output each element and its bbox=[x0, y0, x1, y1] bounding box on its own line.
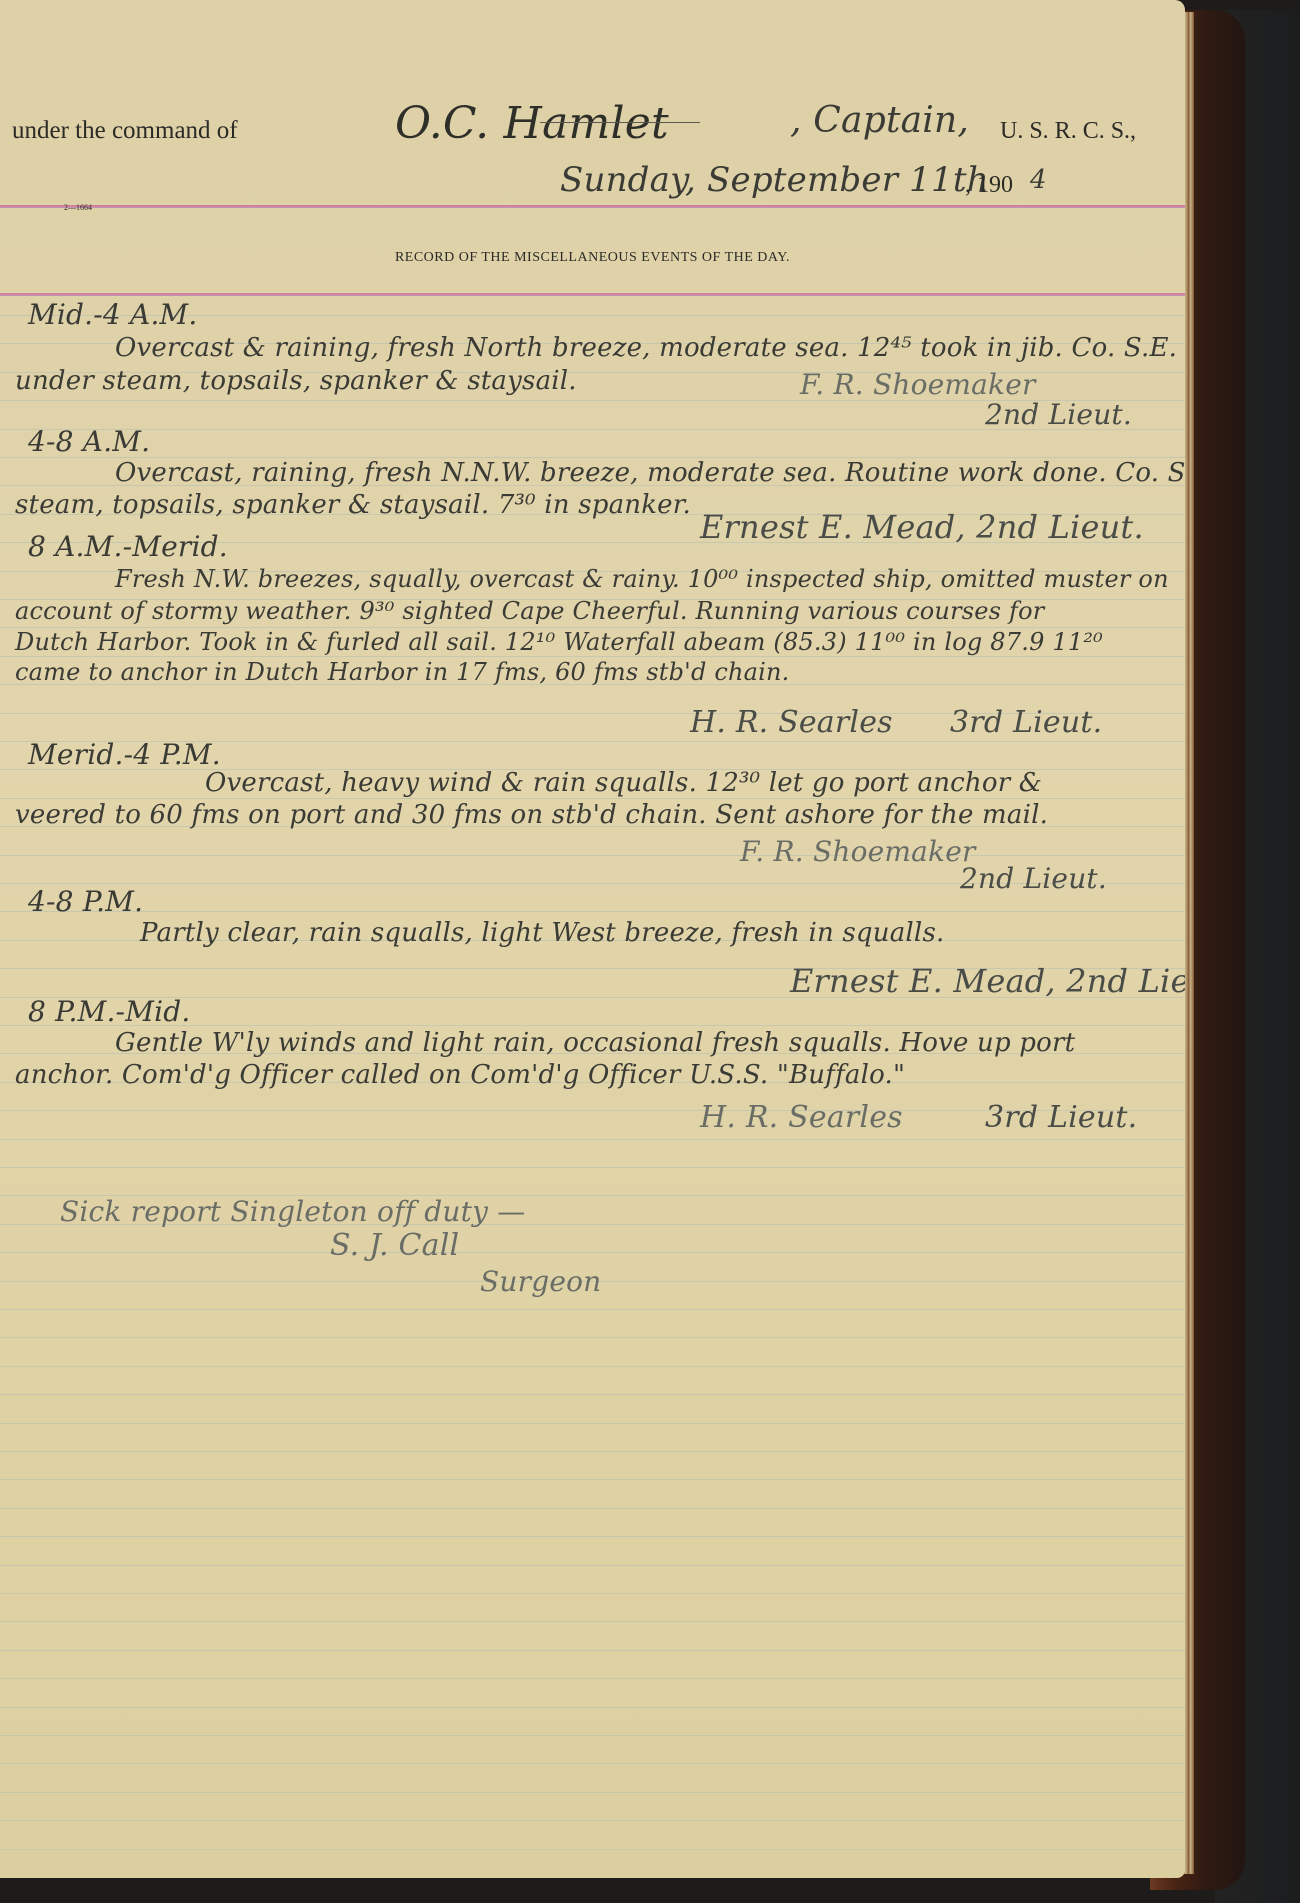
commander-name: O.C. Hamlet bbox=[395, 98, 669, 149]
date-year-written: 4 bbox=[1030, 165, 1047, 195]
record-title: RECORD OF THE MISCELLANEOUS EVENTS OF TH… bbox=[0, 250, 1185, 266]
watch-line: under steam, topsails, spanker & staysai… bbox=[15, 366, 577, 396]
ruled-line bbox=[0, 1707, 1185, 1708]
watch-signature: Ernest E. Mead, 2nd Lieut. bbox=[700, 508, 1144, 546]
watch-period: Merid.-4 P.M. bbox=[28, 738, 221, 771]
watch-line: steam, topsails, spanker & staysail. 7³⁰… bbox=[15, 490, 691, 520]
ruled-line bbox=[0, 1394, 1185, 1395]
ruled-line bbox=[0, 1565, 1185, 1566]
watch-line: anchor. Com'd'g Officer called on Com'd'… bbox=[15, 1060, 905, 1090]
watch-signature-rank: 3rd Lieut. bbox=[950, 705, 1102, 740]
name-underline bbox=[540, 122, 700, 123]
watch-line: came to anchor in Dutch Harbor in 17 fms… bbox=[15, 658, 790, 686]
sick-report-title: Surgeon bbox=[480, 1265, 601, 1298]
command-prefix: under the command of bbox=[12, 117, 238, 145]
watch-signature: H. R. Searles bbox=[690, 705, 893, 740]
ruled-line bbox=[0, 1451, 1185, 1452]
watch-line: Overcast, heavy wind & rain squalls. 12³… bbox=[205, 768, 1042, 798]
watch-line: account of stormy weather. 9³⁰ sighted C… bbox=[15, 597, 1044, 625]
ruled-line bbox=[0, 1593, 1185, 1594]
ruled-line bbox=[0, 1735, 1185, 1736]
ruled-line bbox=[0, 911, 1185, 912]
ruled-line bbox=[0, 1508, 1185, 1509]
ruled-line bbox=[0, 798, 1185, 799]
ruled-line bbox=[0, 1252, 1185, 1253]
watch-signature: F. R. Shoemaker bbox=[740, 835, 976, 868]
watch-signature: F. R. Shoemaker bbox=[800, 368, 1036, 401]
ruled-line bbox=[0, 1678, 1185, 1679]
watch-signature: Ernest E. Mead, 2nd Lieut. bbox=[790, 962, 1185, 1000]
service: U. S. R. C. S., bbox=[1000, 118, 1136, 145]
watch-line: Gentle W'ly winds and light rain, occasi… bbox=[115, 1028, 1075, 1058]
ruled-line bbox=[0, 1820, 1185, 1821]
watch-period: 4-8 A.M. bbox=[28, 425, 150, 458]
sick-report-text: Sick report Singleton off duty — bbox=[60, 1195, 525, 1228]
ruled-line bbox=[0, 1792, 1185, 1793]
logbook-page: under the command of O.C. Hamlet , Capta… bbox=[0, 0, 1185, 1878]
watch-period: 8 A.M.-Merid. bbox=[28, 530, 228, 563]
ruled-line bbox=[0, 1337, 1185, 1338]
watch-line: Overcast & raining, fresh North breeze, … bbox=[115, 333, 1185, 363]
ruled-line bbox=[0, 1139, 1185, 1140]
date-day: Sunday, September 11th bbox=[560, 160, 989, 200]
ruled-line bbox=[0, 1366, 1185, 1367]
sick-report-signature: S. J. Call bbox=[330, 1228, 459, 1263]
form-number: 2—1664 bbox=[64, 203, 92, 212]
ruled-line bbox=[0, 1650, 1185, 1651]
watch-line: Overcast, raining, fresh N.N.W. breeze, … bbox=[115, 458, 1185, 488]
watch-period: 4-8 P.M. bbox=[28, 885, 143, 918]
ruled-line bbox=[0, 1167, 1185, 1168]
section-red-rule bbox=[0, 293, 1185, 296]
ruled-line bbox=[0, 1763, 1185, 1764]
watch-signature-rank: 2nd Lieut. bbox=[985, 398, 1132, 431]
watch-line: veered to 60 fms on port and 30 fms on s… bbox=[15, 800, 1048, 830]
watch-line: Partly clear, rain squalls, light West b… bbox=[140, 918, 944, 948]
ruled-line bbox=[0, 1536, 1185, 1537]
watch-line: Dutch Harbor. Took in & furled all sail.… bbox=[15, 628, 1103, 656]
watch-signature-rank: 2nd Lieut. bbox=[960, 862, 1107, 895]
ruled-line bbox=[0, 1621, 1185, 1622]
ruled-line bbox=[0, 855, 1185, 856]
ruled-line bbox=[0, 1309, 1185, 1310]
watch-period: 8 P.M.-Mid. bbox=[28, 995, 190, 1028]
ruled-line bbox=[0, 1423, 1185, 1424]
rank: , Captain, bbox=[790, 100, 969, 141]
date-year-printed: , 190 bbox=[965, 172, 1013, 199]
watch-period: Mid.-4 A.M. bbox=[28, 298, 198, 331]
watch-line: Fresh N.W. breezes, squally, overcast & … bbox=[115, 565, 1169, 593]
watch-signature-rank: 3rd Lieut. bbox=[985, 1100, 1137, 1135]
ruled-line bbox=[0, 1849, 1185, 1850]
ruled-line bbox=[0, 1479, 1185, 1480]
watch-signature: H. R. Searles bbox=[700, 1100, 903, 1135]
header-red-rule bbox=[0, 205, 1185, 208]
ruled-line bbox=[0, 656, 1185, 657]
